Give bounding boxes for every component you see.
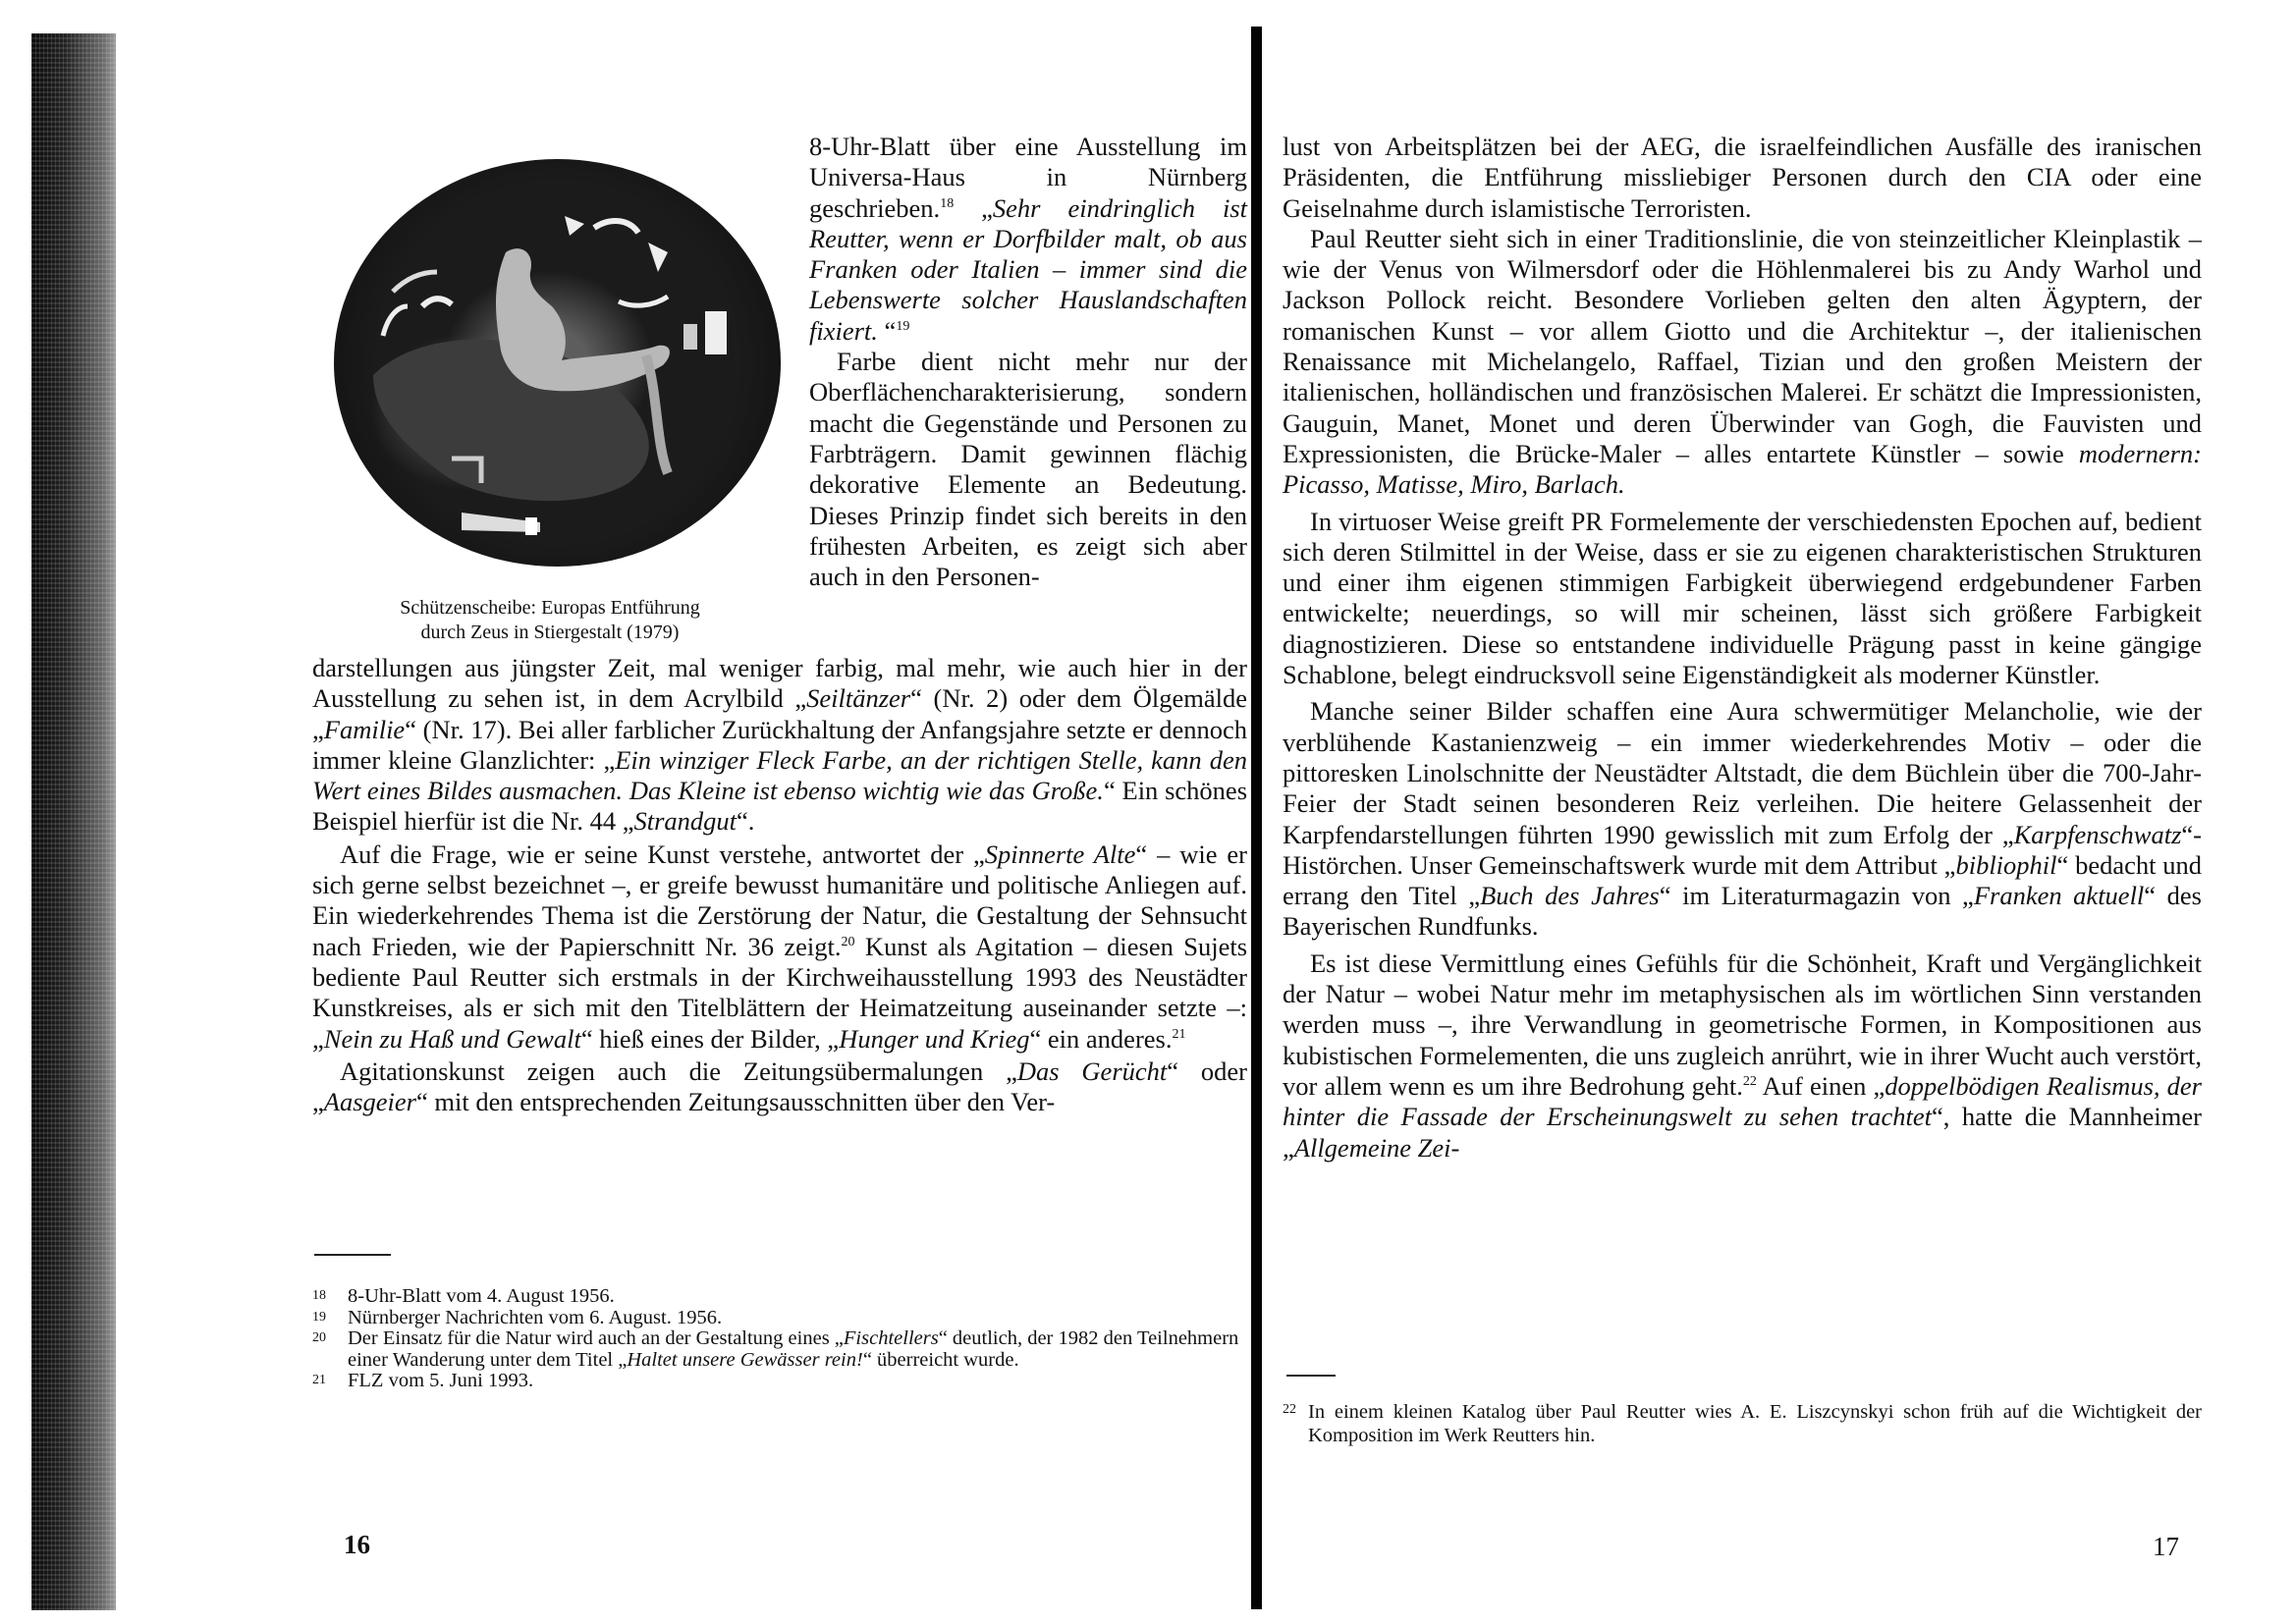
paragraph: Auf die Frage, wie er seine Kunst verste… <box>312 839 1247 1055</box>
footnote: 22 In einem kleinen Katalog über Paul Re… <box>1283 1400 2202 1447</box>
footnote-text: Der Einsatz für die Natur wird auch an d… <box>348 1328 1247 1371</box>
slogan: Haltet unsere Gewässer rein! <box>627 1349 862 1371</box>
footnote-number: 18 <box>312 1286 348 1308</box>
award-title: Buch des Jahres <box>1480 881 1660 910</box>
paragraph: lust von Arbeitsplätzen bei der AEG, die… <box>1283 132 2202 224</box>
book-title: Karpfenschwatz <box>2014 820 2182 849</box>
text-run: Agitationskunst zeigen auch die Zeitungs… <box>340 1056 1017 1086</box>
text-run: “ ein anderes. <box>1030 1024 1173 1054</box>
paragraph: Es ist diese Vermittlung eines Gefühls f… <box>1283 948 2202 1164</box>
paragraph: Agitationskunst zeigen auch die Zeitungs… <box>312 1056 1247 1118</box>
text-column: lust von Arbeitsplätzen bei der AEG, die… <box>1283 132 2202 1164</box>
paragraph: Farbe dient nicht mehr nur der Oberfläch… <box>809 347 1247 592</box>
footnote-text: FLZ vom 5. Juni 1993. <box>348 1371 1247 1392</box>
footnotes: 18 8-Uhr-Blatt vom 4. August 1956. 19 Nü… <box>312 1286 1247 1392</box>
caption-line-2: durch Zeus in Stiergestalt (1979) <box>319 621 781 645</box>
footnote: 18 8-Uhr-Blatt vom 4. August 1956. <box>312 1286 1247 1308</box>
footnote: 21 FLZ vom 5. Juni 1993. <box>312 1371 1247 1392</box>
text-run: “ mit den entsprechenden Zeitungsausschn… <box>416 1087 1055 1116</box>
paragraph: 8-Uhr-Blatt über eine Ausstellung im Uni… <box>809 132 1247 347</box>
painting-icon <box>334 159 781 567</box>
footnote: 20 Der Einsatz für die Natur wird auch a… <box>312 1328 1247 1371</box>
figure-caption: Schützenscheibe: Europas Entführung durc… <box>319 596 781 645</box>
medallion-painting-image <box>334 159 781 567</box>
text-run: “ überreicht wurde. <box>863 1349 1019 1371</box>
text-run: Auf einen „ <box>1757 1071 1885 1101</box>
paragraph: darstellungen aus jüngster Zeit, mal wen… <box>312 653 1247 838</box>
footnotes: 22 In einem kleinen Katalog über Paul Re… <box>1283 1400 2202 1447</box>
text-run: Paul Reutter sieht sich in einer Traditi… <box>1283 224 2202 468</box>
footnote-number: 19 <box>312 1308 348 1329</box>
text-run: Auf die Frage, wie er seine Kunst verste… <box>340 839 985 869</box>
paragraph: Manche seiner Bilder schaffen eine Aura … <box>1283 696 2202 942</box>
artwork-title: Hunger und Krieg <box>839 1024 1029 1054</box>
page-number: 16 <box>344 1530 370 1560</box>
footnote-text: 8-Uhr-Blatt vom 4. August 1956. <box>348 1286 1247 1308</box>
footnote-text: In einem kleinen Katalog über Paul Reutt… <box>1308 1400 2202 1447</box>
footnote-number: 21 <box>312 1371 348 1392</box>
text-run: “ im Literaturmagazin von „ <box>1660 881 1974 910</box>
footnote-ref[interactable]: 18 <box>940 196 954 211</box>
footnote-separator <box>1286 1375 1336 1377</box>
footnote-ref[interactable]: 22 <box>1743 1074 1757 1089</box>
paragraph: Paul Reutter sieht sich in einer Traditi… <box>1283 224 2202 501</box>
text-run: Der Einsatz für die Natur wird auch an d… <box>348 1327 844 1349</box>
artwork-title: Familie <box>324 715 405 744</box>
attribute: bibliophil <box>1955 850 2056 880</box>
artwork-title: Strandgut <box>634 806 738 836</box>
footnote-ref[interactable]: 19 <box>896 319 909 334</box>
artwork-title: Nein zu Haß und Gewalt <box>324 1024 581 1054</box>
wide-text-column: darstellungen aus jüngster Zeit, mal wen… <box>312 653 1247 1117</box>
footnote-number: 22 <box>1283 1400 1308 1447</box>
paragraph: In virtuoser Weise greift PR Formelement… <box>1283 507 2202 691</box>
text-run: “. <box>737 806 754 836</box>
footnote-ref[interactable]: 21 <box>1172 1027 1185 1042</box>
footnote-ref[interactable]: 20 <box>842 935 855 949</box>
artwork-title: Das Gerücht <box>1017 1056 1167 1086</box>
quote-mark: “ <box>878 316 896 346</box>
artwork-title: Aasgeier <box>324 1087 416 1116</box>
footnote-text: Nürnberger Nachrichten vom 6. August. 19… <box>348 1308 1247 1329</box>
narrow-text-column: 8-Uhr-Blatt über eine Ausstellung im Uni… <box>809 132 1247 592</box>
page-number: 17 <box>2153 1532 2179 1562</box>
caption-line-1: Schützenscheibe: Europas Entführung <box>319 596 781 621</box>
artwork-title: Fischtellers <box>844 1327 939 1349</box>
newspaper-title: Allgemeine Zei- <box>1294 1133 1460 1163</box>
program-title: Franken aktuell <box>1974 881 2144 910</box>
figure: Schützenscheibe: Europas Entführung durc… <box>319 133 781 682</box>
text-run: “ hieß eines der Bilder, „ <box>581 1024 839 1054</box>
footnote-number: 20 <box>312 1328 348 1371</box>
artwork-title: Seiltänzer <box>806 683 910 713</box>
footnote: 19 Nürnberger Nachrichten vom 6. August.… <box>312 1308 1247 1329</box>
left-page: Schützenscheibe: Europas Entführung durc… <box>0 0 1251 1624</box>
footnote-separator <box>314 1254 391 1256</box>
book-spine-divider <box>1251 27 1262 1609</box>
nickname: Spinnerte Alte <box>985 839 1136 869</box>
quote-mark: „ <box>954 193 993 223</box>
